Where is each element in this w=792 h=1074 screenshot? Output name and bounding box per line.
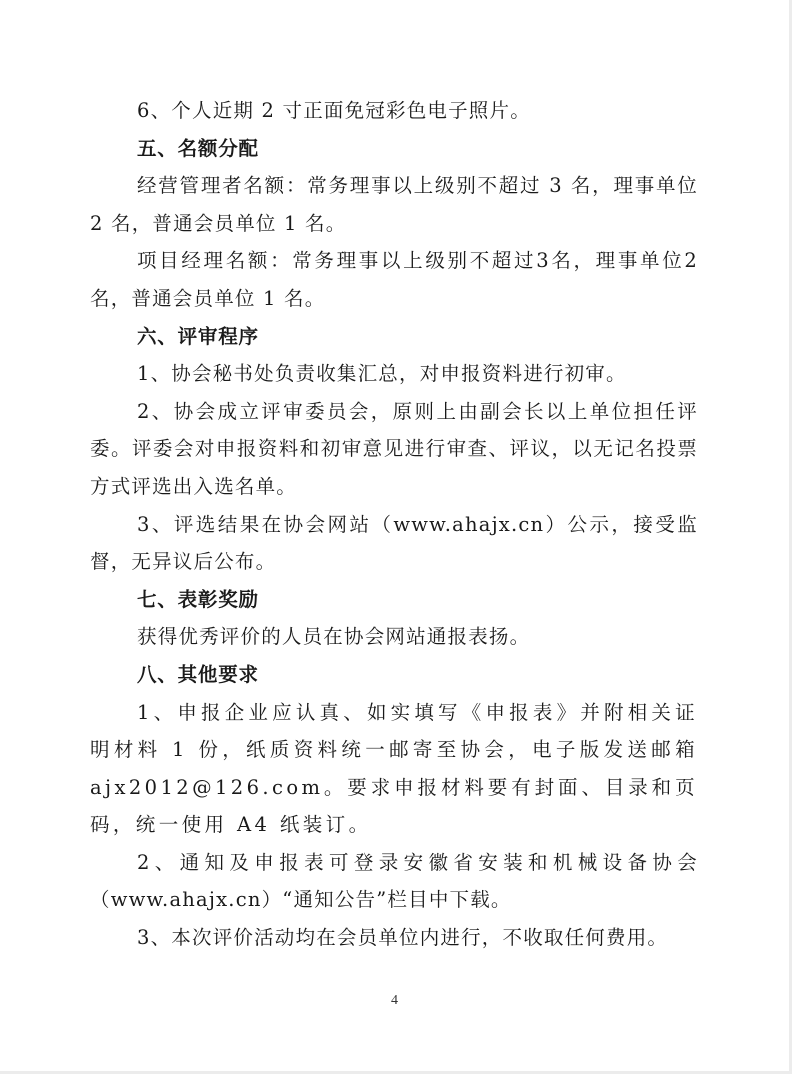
section-heading-other-requirements: 八、其他要求	[90, 656, 698, 694]
paragraph-requirement-3: 3、本次评价活动均在会员单位内进行，不收取任何费用。	[90, 919, 698, 957]
document-body: 6、个人近期 2 寸正面免冠彩色电子照片。 五、名额分配 经营管理者名额：常务理…	[90, 92, 698, 957]
paragraph-manager-quota: 经营管理者名额：常务理事以上级别不超过 3 名，理事单位 2 名，普通会员单位 …	[90, 167, 698, 242]
paragraph-photo-requirement: 6、个人近期 2 寸正面免冠彩色电子照片。	[90, 92, 698, 130]
paragraph-commendation: 获得优秀评价的人员在协会网站通报表扬。	[90, 618, 698, 656]
paragraph-requirement-1: 1、申报企业应认真、如实填写《申报表》并附相关证明材料 1 份，纸质资料统一邮寄…	[90, 694, 698, 844]
section-heading-commendation: 七、表彰奖励	[90, 581, 698, 619]
page-number: 4	[0, 993, 789, 1009]
paragraph-review-step-3: 3、评选结果在协会网站（www.ahajx.cn）公示，接受监督，无异议后公布。	[90, 506, 698, 581]
paragraph-project-manager-quota: 项目经理名额：常务理事以上级别不超过3名，理事单位2名，普通会员单位 1 名。	[90, 242, 698, 317]
document-page: 6、个人近期 2 寸正面免冠彩色电子照片。 五、名额分配 经营管理者名额：常务理…	[0, 0, 792, 1074]
section-heading-quota-allocation: 五、名额分配	[90, 130, 698, 168]
paragraph-review-step-1: 1、协会秘书处负责收集汇总，对申报资料进行初审。	[90, 355, 698, 393]
section-heading-review-procedure: 六、评审程序	[90, 318, 698, 356]
paragraph-review-step-2: 2、协会成立评审委员会，原则上由副会长以上单位担任评委。评委会对申报资料和初审意…	[90, 393, 698, 506]
paragraph-requirement-2: 2、通知及申报表可登录安徽省安装和机械设备协会（www.ahajx.cn）“通知…	[90, 844, 698, 919]
